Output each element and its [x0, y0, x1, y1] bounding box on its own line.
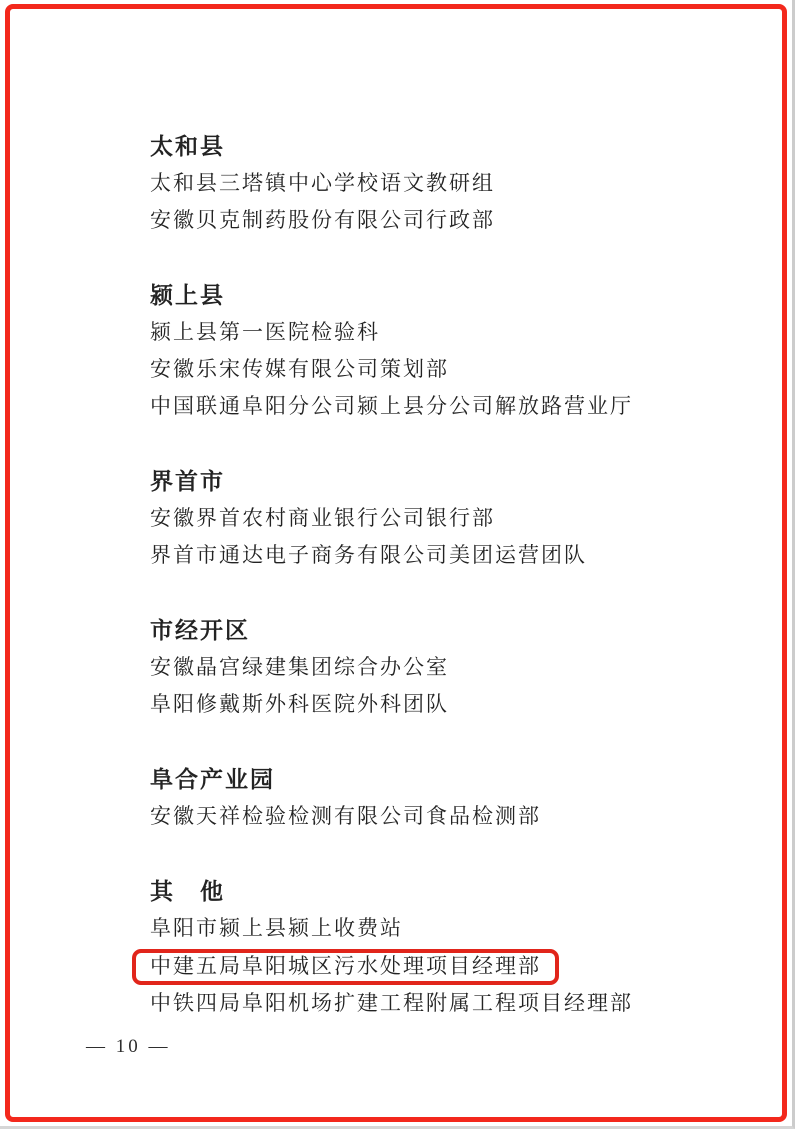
org-name: 安徽贝克制药股份有限公司行政部: [150, 202, 742, 239]
org-name: 界首市通达电子商务有限公司美团运营团队: [150, 537, 742, 574]
document-content: 太和县 太和县三塔镇中心学校语文教研组 安徽贝克制药股份有限公司行政部 颍上县 …: [150, 128, 742, 1060]
highlight-box: 中建五局阜阳城区污水处理项目经理部: [132, 949, 559, 985]
section-economic-development-zone: 市经开区 安徽晶宫绿建集团综合办公室 阜阳修戴斯外科医院外科团队: [150, 612, 742, 723]
section-taihe-county: 太和县 太和县三塔镇中心学校语文教研组 安徽贝克制药股份有限公司行政部: [150, 128, 742, 239]
section-jieshou-city: 界首市 安徽界首农村商业银行公司银行部 界首市通达电子商务有限公司美团运营团队: [150, 463, 742, 574]
org-name: 安徽天祥检验检测有限公司食品检测部: [150, 798, 742, 835]
section-yingshang-county: 颍上县 颍上县第一医院检验科 安徽乐宋传媒有限公司策划部 中国联通阜阳分公司颍上…: [150, 277, 742, 425]
section-title: 太和县: [150, 128, 742, 165]
section-title: 阜合产业园: [150, 761, 742, 798]
org-name: 安徽晶宫绿建集团综合办公室: [150, 649, 742, 686]
section-title: 颍上县: [150, 277, 742, 314]
org-name: 中国联通阜阳分公司颍上县分公司解放路营业厅: [150, 388, 742, 425]
org-name: 太和县三塔镇中心学校语文教研组: [150, 165, 742, 202]
org-name: 安徽乐宋传媒有限公司策划部: [150, 351, 742, 388]
section-title: 界首市: [150, 463, 742, 500]
org-name: 中铁四局阜阳机场扩建工程附属工程项目经理部: [150, 985, 742, 1022]
section-others: 其 他 阜阳市颍上县颍上收费站 中建五局阜阳城区污水处理项目经理部 中铁四局阜阳…: [150, 873, 742, 1022]
org-name-highlighted: 中建五局阜阳城区污水处理项目经理部: [150, 947, 742, 985]
page-number: — 10 —: [86, 1036, 171, 1058]
document-page: 太和县 太和县三塔镇中心学校语文教研组 安徽贝克制药股份有限公司行政部 颍上县 …: [0, 0, 795, 1129]
org-name: 阜阳修戴斯外科医院外科团队: [150, 686, 742, 723]
org-name: 颍上县第一医院检验科: [150, 314, 742, 351]
section-title: 市经开区: [150, 612, 742, 649]
section-title: 其 他: [150, 873, 742, 910]
section-fuhe-industrial-park: 阜合产业园 安徽天祥检验检测有限公司食品检测部: [150, 761, 742, 835]
org-name: 安徽界首农村商业银行公司银行部: [150, 500, 742, 537]
org-name: 阜阳市颍上县颍上收费站: [150, 910, 742, 947]
